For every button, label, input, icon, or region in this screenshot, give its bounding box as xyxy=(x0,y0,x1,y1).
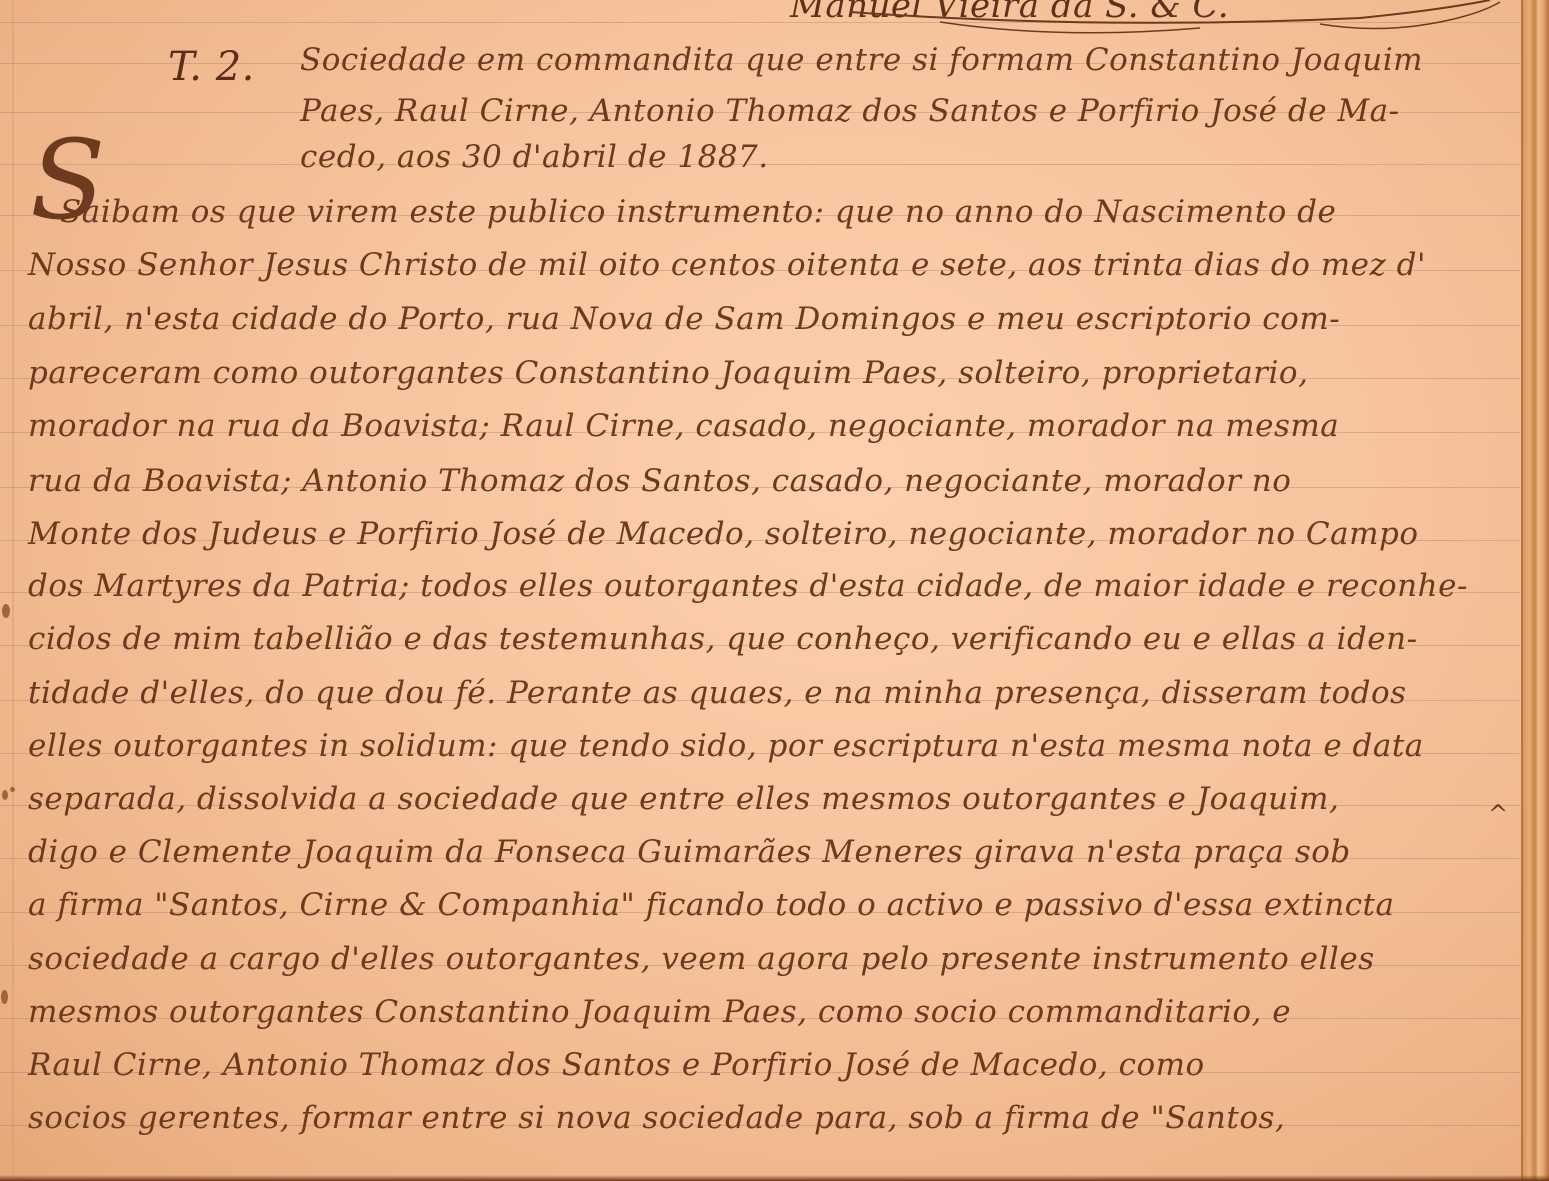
body-line: mesmos outorgantes Constantino Joaquim P… xyxy=(28,994,1291,1030)
title-line: cedo, aos 30 d'abril de 1887. xyxy=(300,139,769,175)
body-line: abril, n'esta cidade do Porto, rua Nova … xyxy=(28,301,1340,337)
page-edge xyxy=(1521,0,1549,1181)
body-line: socios gerentes, formar entre si nova so… xyxy=(28,1100,1285,1136)
body-line: a firma "Santos, Cirne & Companhia" fica… xyxy=(28,887,1395,923)
body-line: Monte dos Judeus e Porfirio José de Mace… xyxy=(28,516,1419,552)
body-line: tidade d'elles, do que dou fé. Perante a… xyxy=(28,675,1407,711)
body-line: dos Martyres da Patria; todos elles outo… xyxy=(28,568,1468,604)
body-line: sociedade a cargo d'elles outorgantes, v… xyxy=(28,941,1375,977)
body-line: elles outorgantes in solidum: que tendo … xyxy=(28,728,1424,764)
body-line: rua da Boavista; Antonio Thomaz dos Sant… xyxy=(28,463,1291,499)
title-line: Paes, Raul Cirne, Antonio Thomaz dos San… xyxy=(300,93,1400,129)
title-line: Sociedade em commandita que entre si for… xyxy=(300,42,1423,78)
ink-stain xyxy=(2,790,8,800)
body-line: morador na rua da Boavista; Raul Cirne, … xyxy=(28,408,1339,444)
ink-stain xyxy=(10,787,15,792)
body-line: Raul Cirne, Antonio Thomaz dos Santos e … xyxy=(28,1047,1205,1083)
ink-stain xyxy=(1,990,8,1004)
manuscript-page: Manuel Vieira da S. & C. T. 2. Sociedade… xyxy=(0,0,1549,1181)
entry-number: T. 2. xyxy=(168,44,255,90)
body-line: pareceram como outorgantes Constantino J… xyxy=(28,355,1308,391)
insertion-mark: ^ xyxy=(1488,800,1509,828)
ink-stain xyxy=(2,604,10,618)
body-line: Saibam os que virem este publico instrum… xyxy=(60,194,1336,230)
body-line: cidos de mim tabellião e das testemunhas… xyxy=(28,621,1418,657)
margin-line xyxy=(12,0,14,1181)
body-line: separada, dissolvida a sociedade que ent… xyxy=(28,781,1339,817)
body-line: digo e Clemente Joaquim da Fonseca Guima… xyxy=(28,834,1351,870)
page-bottom-shadow xyxy=(0,1175,1549,1181)
body-line: Nosso Senhor Jesus Christo de mil oito c… xyxy=(28,247,1426,283)
